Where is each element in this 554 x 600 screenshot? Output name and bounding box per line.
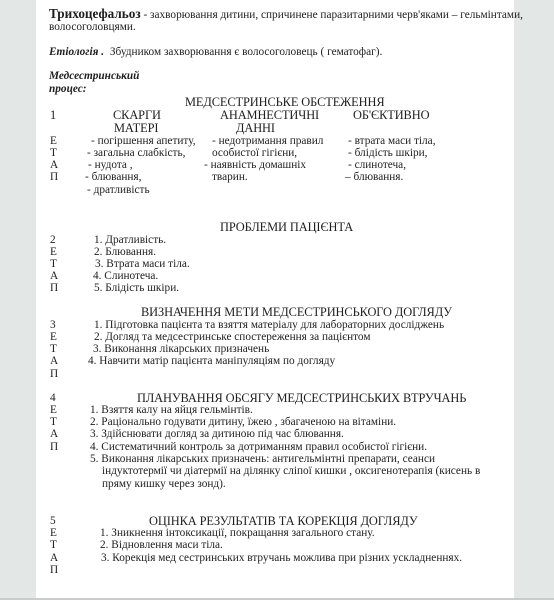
stage1-col1-item: - блювання, (85, 171, 141, 183)
stage1-col1-header1: СКАРГИ (113, 109, 161, 121)
stage3-letter-a: А (50, 355, 58, 367)
stage2-item: 5. Блідість шкіри. (94, 282, 179, 294)
stage1-number: 1 (50, 109, 56, 121)
stage2-title: ПРОБЛЕМИ ПАЦІЄНТА (220, 221, 353, 233)
stage1-col2-item: особистої гігієни, (212, 147, 297, 159)
stage3-number: 3 (50, 319, 56, 331)
etiology-text: Збудником захворювання є волосоголовець … (110, 46, 382, 58)
stage1-letter-a: А (50, 159, 58, 171)
stage2-letter-p: П (50, 282, 58, 294)
stage5-title: ОЦІНКА РЕЗУЛЬТАТІВ ТА КОРЕКЦІЯ ДОГЛЯДУ (149, 515, 418, 527)
stage4-item: 4. Систематичний контроль за дотриманням… (90, 441, 427, 453)
stage5-letter-e: Е (50, 527, 57, 539)
stage4-item: 2. Раціонально годувати дитину, їжею , з… (90, 416, 396, 428)
stage2-item: 4. Слинотеча. (93, 270, 158, 282)
stage1-col1-item: - загальна слабкість, (87, 147, 185, 159)
stage1-col3-item: – блювання. (345, 171, 403, 183)
stage1-col2-header2: ДАННІ (236, 122, 275, 134)
stage1-col1-item: - дратливість (87, 184, 150, 196)
stage4-letter-a: А (50, 428, 58, 440)
stage2-letter-e: Е (50, 246, 57, 258)
stage2-letter-t: Т (50, 258, 57, 270)
process-label-line1: Медсестринський (49, 70, 139, 82)
document-page: Трихоцефальоз - захворювання дитини, спр… (36, 0, 514, 598)
stage4-item5-cont: пряму кишку через зонд). (102, 478, 226, 490)
stage5-letter-a: А (50, 552, 58, 564)
stage3-title: ВИЗНАЧЕННЯ МЕТИ МЕДСЕСТРИНСЬКОГО ДОГЛЯДУ (141, 306, 452, 318)
etiology-label: Етіологія . (49, 46, 104, 58)
stage5-letter-t: Т (50, 539, 57, 551)
stage3-item: 3. Виконання лікарських призначень (93, 343, 269, 355)
stage3-item: 2. Догляд та медсестринське спостереженн… (94, 331, 371, 343)
stage4-letter-e: Е (50, 404, 57, 416)
stage1-col2-item: тварин. (212, 171, 248, 183)
stage1-col2-item: - наявність домашніх (204, 159, 306, 171)
stage1-col3-header1: ОБ'ЄКТИВНО (353, 109, 429, 121)
stage1-col2-item: - недотримання правил (212, 135, 323, 147)
stage1-letter-e: Е (50, 135, 57, 147)
stage3-letter-t: Т (50, 343, 57, 355)
stage1-col1-item: - погіршення апетиту, (91, 135, 196, 147)
stage1-col2-header1: АНАМНЕСТИЧНІ (220, 109, 319, 121)
stage2-letter-a: А (50, 270, 58, 282)
stage1-letter-t: Т (50, 147, 57, 159)
stage1-letter-p: П (50, 171, 58, 183)
disease-definition: - захворювання дитини, спричинене парази… (141, 9, 523, 21)
stage3-letter-e: Е (50, 331, 57, 343)
stage1-col1-header2: МАТЕРІ (114, 122, 158, 134)
stage3-item: 1. Підготовка пацієнта та взяття матеріа… (94, 319, 444, 331)
stage4-item: 1. Взяття калу на яйця гельмінтів. (90, 404, 253, 416)
stage1-col3-item: - блідість шкіри, (348, 147, 428, 159)
stage5-number: 5 (50, 515, 56, 527)
stage5-item: 2. Відновлення маси тіла. (100, 539, 223, 551)
etiology-line: Етіологія . Збудником захворювання є вол… (49, 46, 382, 58)
stage4-title: ПЛАНУВАННЯ ОБСЯГУ МЕДСЕСТРИНСЬКИХ ВТРУЧА… (137, 392, 466, 404)
stage5-item: 3. Корекція мед сестринських втручань мо… (101, 552, 462, 564)
stage1-col3-item: - втрата маси тіла, (348, 135, 436, 147)
stage2-item: 3. Втрата маси тіла. (95, 258, 190, 270)
stage2-item: 1. Дратливість. (94, 234, 166, 246)
stage4-letter-t: Т (50, 416, 57, 428)
intro-line: Трихоцефальоз - захворювання дитини, спр… (49, 8, 523, 21)
stage4-letter-p: П (50, 441, 58, 453)
stage2-item: 2. Блювання. (94, 246, 156, 258)
stage1-col1-item: - нудота , (88, 159, 133, 171)
disease-definition-cont: волосоголовцями. (49, 21, 136, 33)
stage4-item: 3. Здійснювати догляд за дитиною під час… (90, 428, 344, 440)
stage4-item5-cont: індуктотермії чи діатермії на ділянку сл… (102, 465, 480, 477)
process-label-line2: процес: (49, 83, 87, 95)
stage2-number: 2 (50, 234, 56, 246)
stage5-letter-p: П (50, 564, 58, 576)
stage1-col3-item: - слинотеча, (348, 159, 406, 171)
disease-term: Трихоцефальоз (49, 6, 141, 21)
stage1-title: МЕДСЕСТРИНСЬКЕ ОБСТЕЖЕННЯ (185, 96, 385, 108)
stage4-item: 5. Виконання лікарських призначень: анти… (90, 453, 435, 465)
stage3-letter-p: П (50, 368, 58, 380)
stage5-item: 1. Зникнення інтоксикації, покращання за… (100, 527, 375, 539)
stage3-item: 4. Навчити матір пацієнта маніпуляціям п… (88, 355, 335, 367)
stage4-number: 4 (50, 392, 56, 404)
